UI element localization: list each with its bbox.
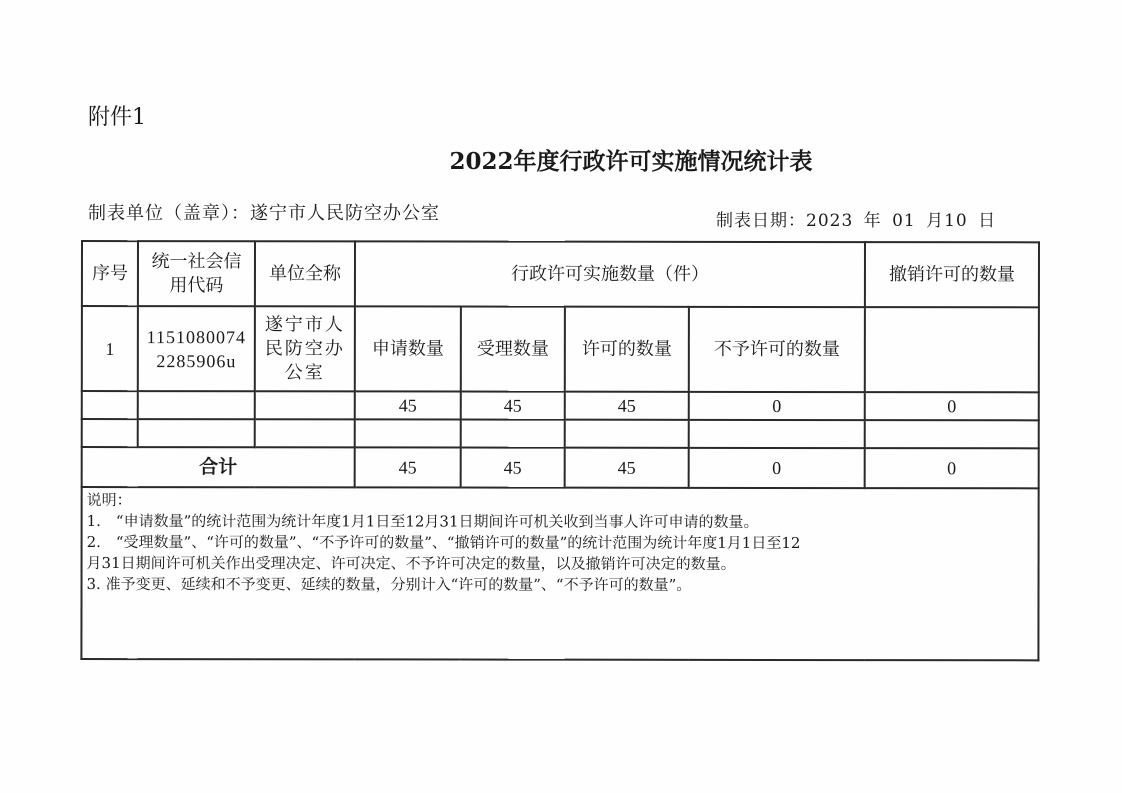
empty-cell xyxy=(865,420,1039,448)
header-implementation-count: 行政许可实施数量（件） xyxy=(355,241,865,307)
attachment-label: 附件1 xyxy=(88,100,146,131)
page-title: 2022年度行政许可实施情况统计表 xyxy=(0,143,1122,176)
row1-seq: 1 xyxy=(82,306,138,391)
header-accepted: 受理数量 xyxy=(461,307,565,392)
total-permitted: 45 xyxy=(565,448,689,488)
preparing-unit: 制表单位（盖章）：遂宁市人民防空办公室 xyxy=(88,199,440,225)
revoked-blank xyxy=(865,307,1039,392)
empty-cell xyxy=(689,420,865,448)
row1-credit-code: 1151080074 2285906u xyxy=(138,306,255,391)
empty-cell xyxy=(461,420,565,448)
header-unit-name: 单位全称 xyxy=(255,241,355,306)
row1-denied: 0 xyxy=(689,392,865,420)
notes-section: 说明： 1. “申请数量”的统计范围为统计年度1月1日至12月31日期间许可机关… xyxy=(81,487,1038,660)
note-2a: 2. “受理数量”、“许可的数量”、“不予许可的数量”、“撤销许可的数量”的统计… xyxy=(87,532,1034,554)
credit-code-line2: 2285906u xyxy=(139,349,254,373)
row1-accepted: 45 xyxy=(461,392,565,420)
total-revoked: 0 xyxy=(865,448,1039,488)
header-permitted: 许可的数量 xyxy=(565,307,689,392)
preparation-date: 制表日期：2023 年 01 月10 日 xyxy=(716,206,996,231)
empty-cell xyxy=(565,420,689,448)
total-accepted: 45 xyxy=(461,448,565,488)
row1-permitted: 45 xyxy=(565,392,689,420)
statistics-table: 序号 统一社会信用代码 单位全称 行政许可实施数量（件） 撤销许可的数量 1 1… xyxy=(80,240,1040,661)
note-2b: 月31日期间许可机关作出受理决定、许可决定、不予许可决定的数量，以及撤销许可决定… xyxy=(87,553,1034,575)
header-credit-code: 统一社会信用代码 xyxy=(138,241,255,306)
note-3: 3. 准予变更、延续和不予变更、延续的数量，分别计入“许可的数量”、“不予许可的… xyxy=(87,574,1034,596)
empty-cell xyxy=(255,419,355,447)
empty-cell xyxy=(138,419,255,447)
total-denied: 0 xyxy=(689,448,865,488)
header-revoked: 撤销许可的数量 xyxy=(865,242,1039,307)
total-applied: 45 xyxy=(355,447,461,487)
header-denied: 不予许可的数量 xyxy=(689,307,865,392)
empty-cell xyxy=(138,391,255,419)
total-label: 合计 xyxy=(82,447,355,487)
empty-cell xyxy=(255,391,355,419)
header-applied: 申请数量 xyxy=(355,306,461,391)
row1-unit-name: 遂宁市人民防空办公室 xyxy=(255,306,355,391)
row1-applied: 45 xyxy=(355,391,461,419)
empty-cell xyxy=(355,419,461,447)
note-1: 1. “申请数量”的统计范围为统计年度1月1日至12月31日期间许可机关收到当事… xyxy=(87,511,1034,533)
row1-revoked: 0 xyxy=(865,392,1039,420)
credit-code-line1: 1151080074 xyxy=(139,325,254,349)
header-seq: 序号 xyxy=(82,241,138,306)
empty-cell xyxy=(82,391,138,419)
empty-cell xyxy=(82,419,138,447)
notes-heading: 说明： xyxy=(87,490,1034,512)
